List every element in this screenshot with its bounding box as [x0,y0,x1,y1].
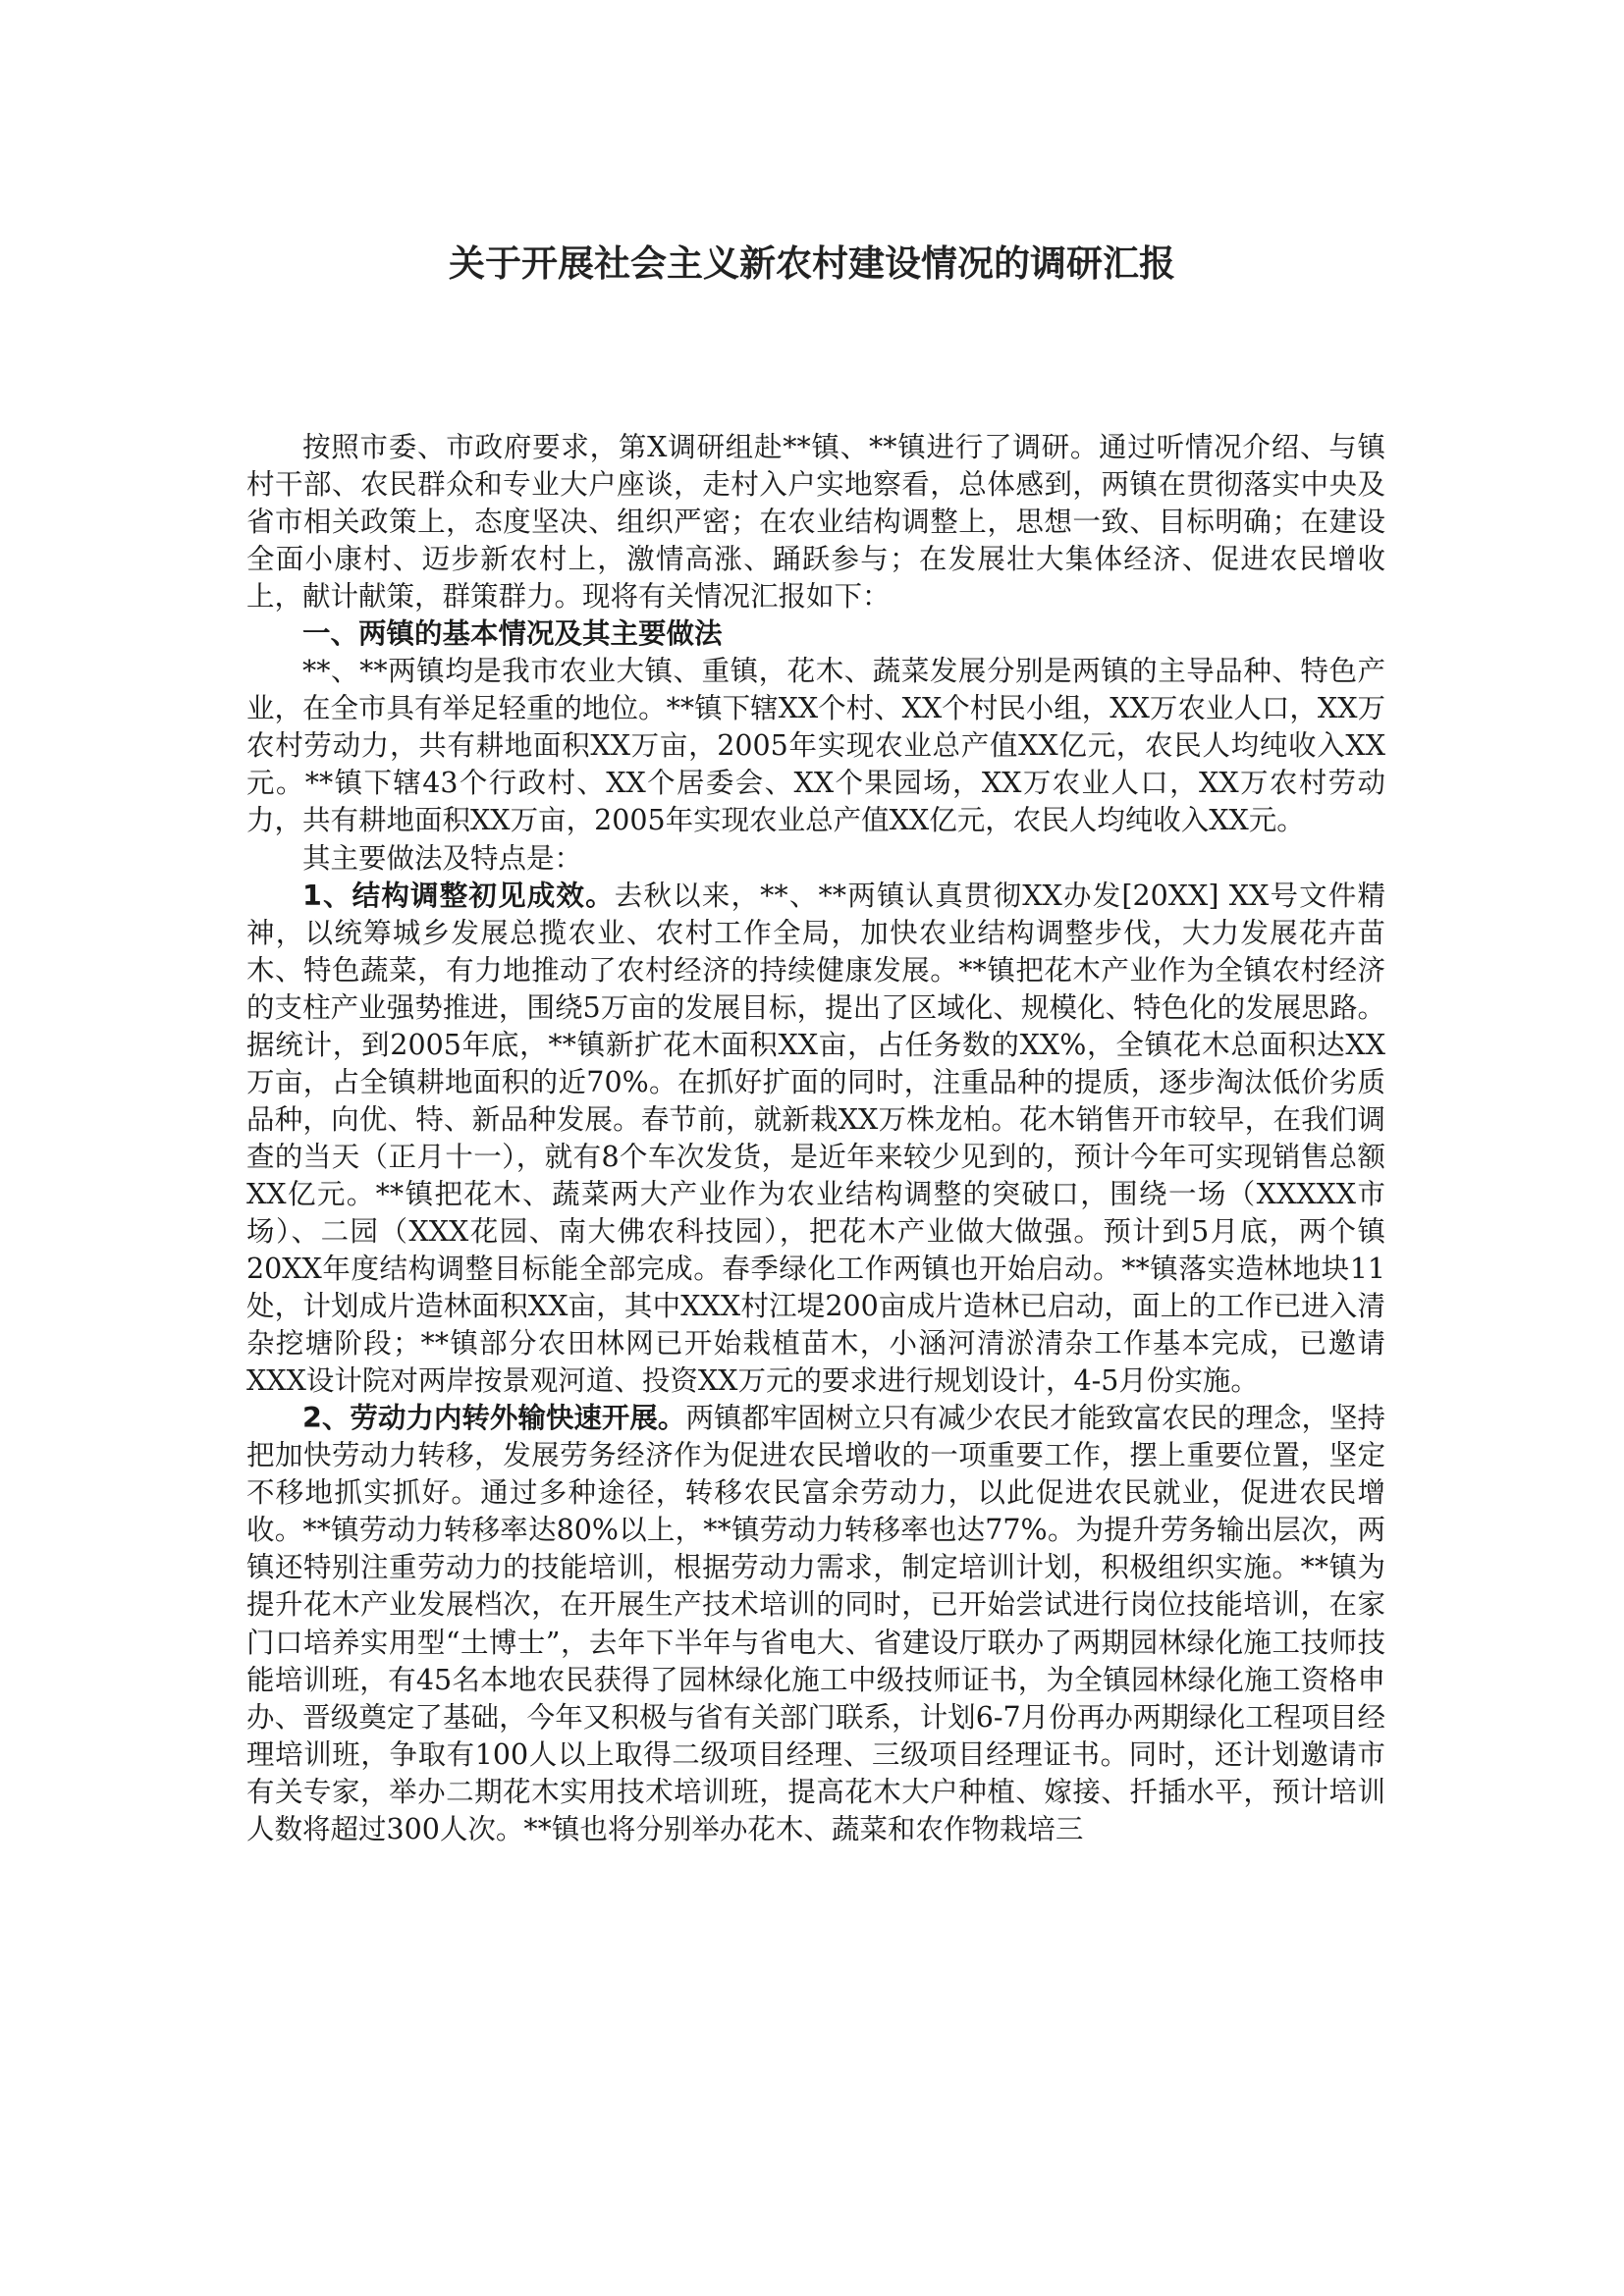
point-2-paragraph: 2、劳动力内转外输快速开展。两镇都牢固树立只有减少农民才能致富农民的理念，坚持把… [246,1400,1385,1848]
point-1-text: 去秋以来，**、**两镇认真贯彻XX办发[20XX] XX号文件精神，以统筹城乡… [246,880,1385,1398]
basic-situation-paragraph: **、**两镇均是我市农业大镇、重镇，花木、蔬菜发展分别是两镇的主导品种、特色产… [246,653,1385,839]
point-2-text: 两镇都牢固树立只有减少农民才能致富农民的理念，坚持把加快劳动力转移，发展劳务经济… [246,1402,1385,1845]
document-page: 关于开展社会主义新农村建设情况的调研汇报 按照市委、市政府要求，第X调研组赴**… [0,0,1624,2296]
section-heading: 一、两镇的基本情况及其主要做法 [246,615,1385,653]
point-1-paragraph: 1、结构调整初见成效。去秋以来，**、**两镇认真贯彻XX办发[20XX] XX… [246,878,1385,1401]
document-title: 关于开展社会主义新农村建设情况的调研汇报 [0,234,1624,287]
practices-intro: 其主要做法及特点是： [246,840,1385,878]
point-1-lead: 1、结构调整初见成效。 [302,880,615,912]
point-2-lead: 2、劳动力内转外输快速开展。 [302,1402,685,1434]
intro-paragraph: 按照市委、市政府要求，第X调研组赴**镇、**镇进行了调研。通过听情况介绍、与镇… [246,429,1385,615]
document-body: 按照市委、市政府要求，第X调研组赴**镇、**镇进行了调研。通过听情况介绍、与镇… [246,429,1385,1848]
